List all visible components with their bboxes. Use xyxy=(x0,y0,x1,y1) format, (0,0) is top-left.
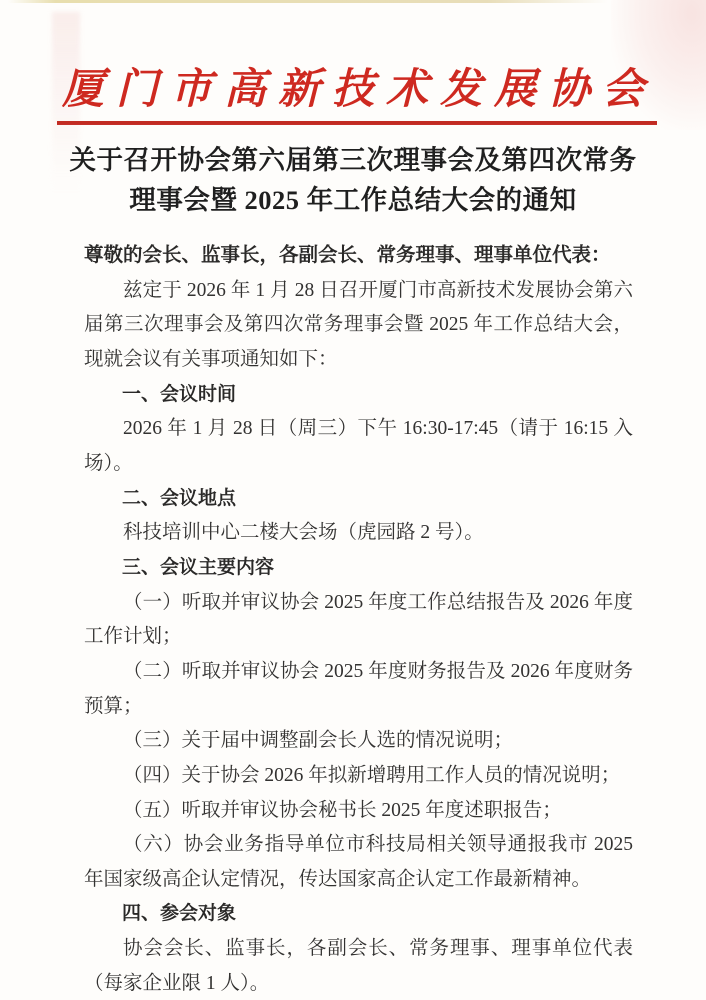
section-heading-attendees: 四、参会对象 xyxy=(84,897,633,932)
scanned-notice-page: 厦门市高新技术发展协会 关于召开协会第六届第三次理事会及第四次常务 理事会暨 2… xyxy=(0,0,706,1000)
agenda-item-2: （二）听取并审议协会 2025 年度财务报告及 2026 年度财务预算； xyxy=(84,655,633,724)
section-content-attendees: 协会会长、监事长，各副会长、常务理事、理事单位代表（每家企业限 1 人）。 xyxy=(84,932,633,1000)
section-heading-meeting-time: 一、会议时间 xyxy=(84,378,633,413)
notice-body: 尊敬的会长、监事长，各副会长、常务理事、理事单位代表： 兹定于 2026 年 1… xyxy=(84,239,633,1000)
section-content-meeting-time: 2026 年 1 月 28 日（周三）下午 16:30-17:45（请于 16:… xyxy=(84,412,633,481)
section-heading-meeting-place: 二、会议地点 xyxy=(84,482,633,517)
section-heading-agenda: 三、会议主要内容 xyxy=(84,551,633,586)
agenda-item-5: （五）听取并审议协会秘书长 2025 年度述职报告； xyxy=(84,794,633,829)
agenda-item-3: （三）关于届中调整副会长人选的情况说明； xyxy=(84,724,633,759)
intro-paragraph: 兹定于 2026 年 1 月 28 日召开厦门市高新技术发展协会第六届第三次理事… xyxy=(84,274,633,378)
scan-artifact-top-line xyxy=(8,0,608,3)
notice-title-line-1: 关于召开协会第六届第三次理事会及第四次常务 xyxy=(30,141,676,181)
agenda-item-4: （四）关于协会 2026 年拟新增聘用工作人员的情况说明； xyxy=(84,759,633,794)
agenda-item-6: （六）协会业务指导单位市科技局相关领导通报我市 2025 年国家级高企认定情况，… xyxy=(84,828,633,897)
notice-title-line-2: 理事会暨 2025 年工作总结大会的通知 xyxy=(30,181,676,221)
letterhead-double-rule xyxy=(57,121,657,125)
section-content-meeting-place: 科技培训中心二楼大会场（虎园路 2 号）。 xyxy=(84,516,633,551)
notice-title: 关于召开协会第六届第三次理事会及第四次常务 理事会暨 2025 年工作总结大会的… xyxy=(30,141,676,220)
agenda-item-1: （一）听取并审议协会 2025 年度工作总结报告及 2026 年度工作计划； xyxy=(84,586,633,655)
letterhead-org-name: 厦门市高新技术发展协会 xyxy=(0,64,706,116)
salutation: 尊敬的会长、监事长，各副会长、常务理事、理事单位代表： xyxy=(84,239,633,274)
